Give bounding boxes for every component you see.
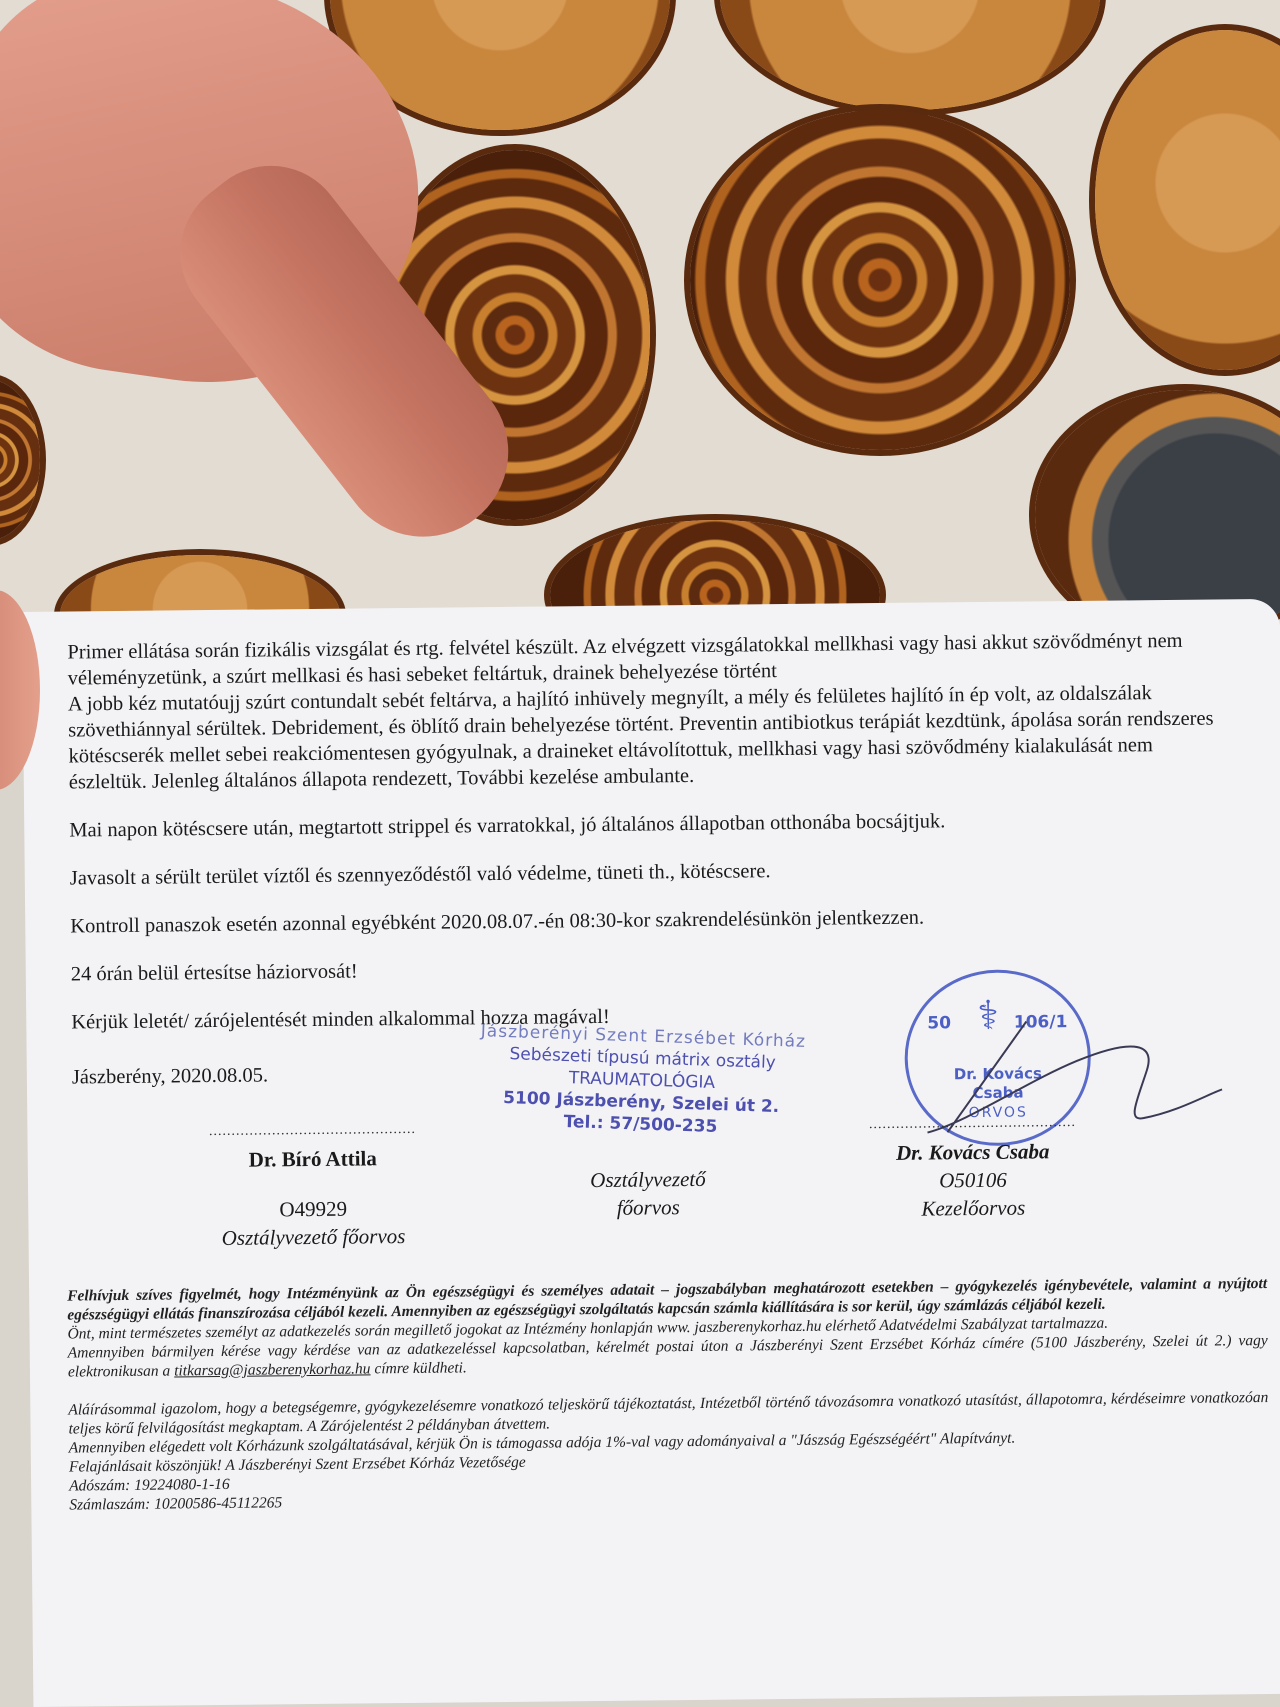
signer-code: O50106 — [848, 1165, 1098, 1196]
signer-code: O49929 — [168, 1193, 458, 1224]
contact-text: címre küldheti. — [370, 1359, 466, 1377]
wood-slice — [0, 380, 40, 540]
legal-footer: Felhívjuk szíves figyelmét, hogy Intézmé… — [67, 1274, 1269, 1515]
signer-role: Osztályvezető főorvos — [168, 1221, 458, 1252]
signer-name: Dr. Kovács Csaba — [848, 1137, 1098, 1168]
instruction-line: Mai napon kötéscsere után, megtartott st… — [69, 805, 1229, 843]
signer-role: Osztályvezető — [548, 1164, 748, 1194]
signer-role: főorvos — [548, 1192, 748, 1222]
signature-block-biro: ........................................… — [167, 1115, 458, 1252]
department-stamp: Jászberényi Szent Erzsébet Kórház Sebész… — [455, 1019, 828, 1141]
signer-role: Kezelőorvos — [848, 1193, 1098, 1224]
wood-slice — [720, 0, 1100, 110]
instruction-line: Kontroll panaszok esetén azonnal egyébké… — [70, 901, 1230, 939]
tablecloth-background — [0, 0, 1280, 640]
body-paragraph: A jobb kéz mutatóujj szúrt contundalt se… — [68, 679, 1229, 795]
signature-line: ........................................… — [167, 1115, 457, 1146]
instruction-line: Javasolt a sérült terület víztől és szen… — [70, 853, 1230, 891]
wood-slice — [1095, 30, 1280, 370]
email-link[interactable]: titkarsag@jaszberenykorhaz.hu — [174, 1360, 371, 1379]
signer-name: Dr. Bíró Attila — [168, 1143, 458, 1174]
signature-line: ........................................… — [847, 1109, 1097, 1140]
signature-block-kovacs: ........................................… — [847, 1109, 1098, 1224]
report-body: Primer ellátása során fizikális vizsgála… — [67, 627, 1231, 1035]
place-date: Jászberény, 2020.08.05. — [72, 1064, 268, 1089]
wood-slice — [690, 110, 1070, 450]
signature-block-department-head: Osztályvezető főorvos — [548, 1164, 749, 1222]
discharge-report-page: Primer ellátása során fizikális vizsgála… — [22, 599, 1280, 1707]
instruction-line: 24 órán belül értesítse háziorvosát! — [71, 949, 1231, 987]
